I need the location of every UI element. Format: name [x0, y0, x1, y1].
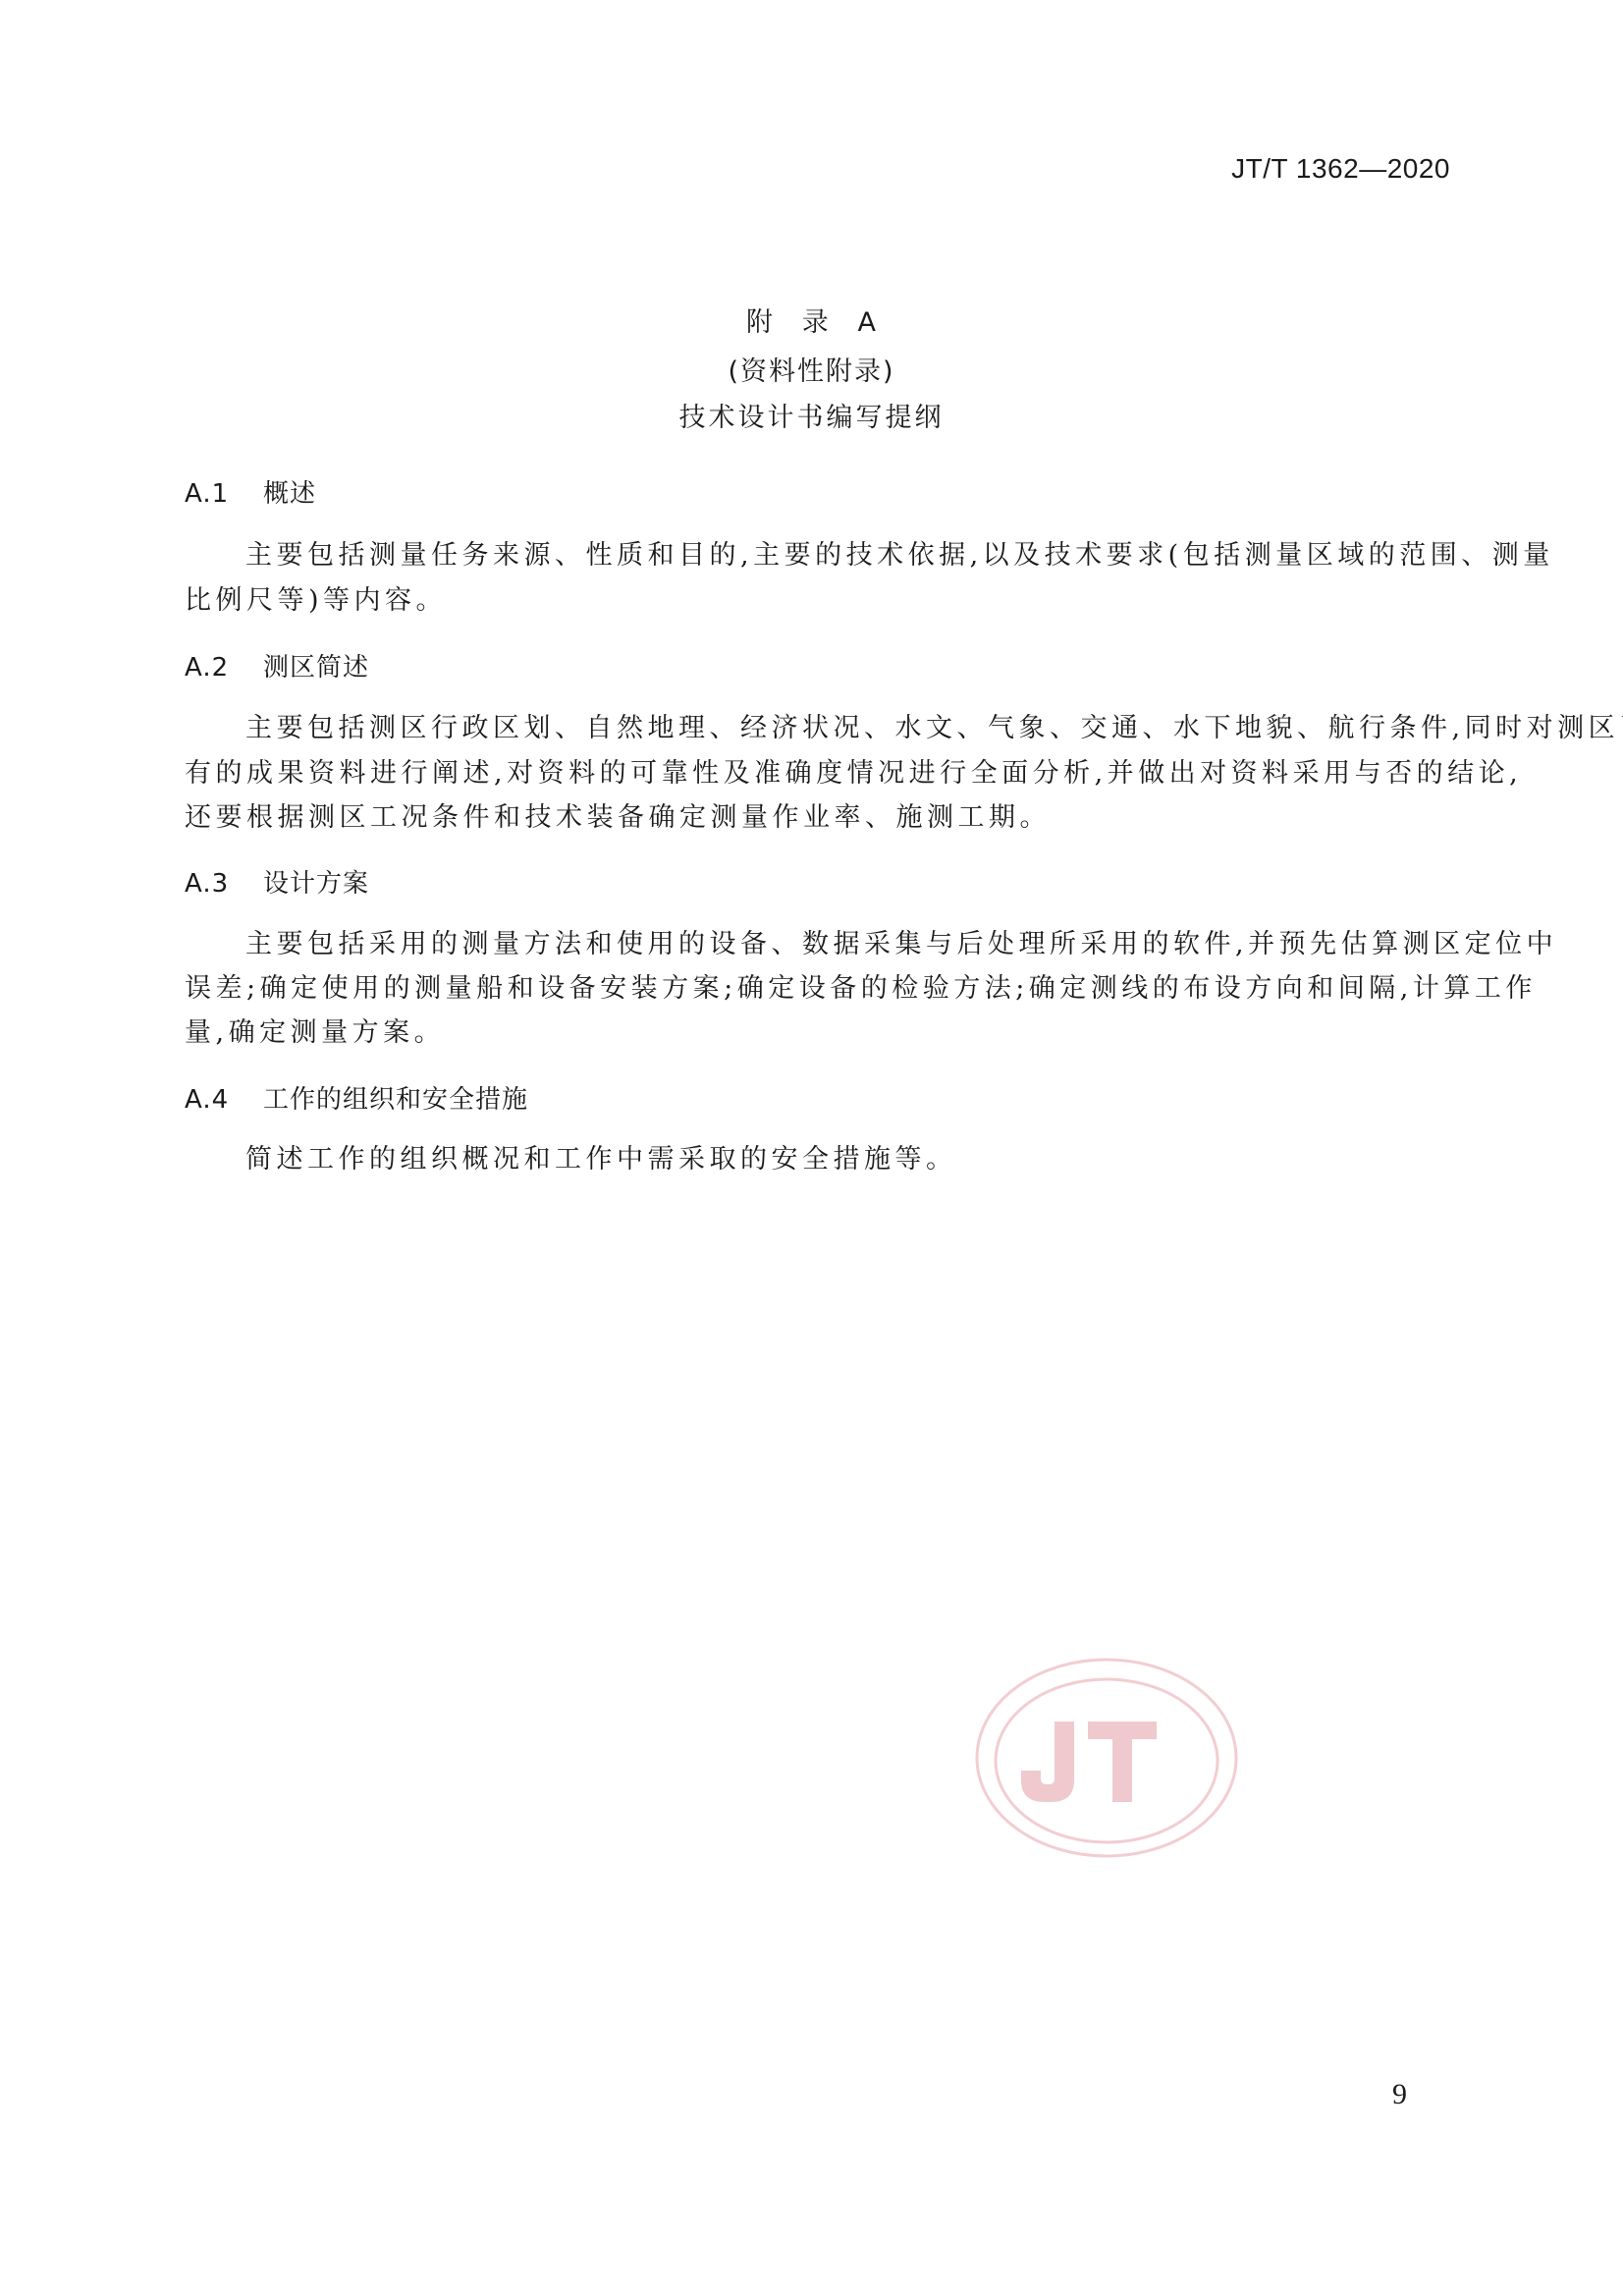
paragraph-line: 还要根据测区工况条件和技术装备确定测量作业率、施测工期。 — [185, 801, 1451, 835]
section-heading-a3: A.3设计方案 — [185, 863, 369, 900]
section-heading-a1: A.1概述 — [185, 473, 316, 510]
paragraph-line: 量,确定测量方案。 — [185, 1016, 1451, 1050]
section-number: A.2 — [185, 653, 263, 683]
section-title: 工作的组织和安全措施 — [263, 1085, 528, 1115]
section-number: A.3 — [185, 869, 263, 899]
jt-seal-icon — [972, 1655, 1242, 1861]
section-heading-a2: A.2测区简述 — [185, 647, 369, 683]
document-page: JT/T 1362—2020 附 录 A (资料性附录) 技术设计书编写提纲 A… — [0, 0, 1623, 2296]
appendix-type: (资料性附录) — [0, 350, 1623, 388]
section-title: 测区简述 — [263, 653, 369, 683]
appendix-name: 技术设计书编写提纲 — [0, 396, 1623, 434]
paragraph-line: 简述工作的组织概况和工作中需采取的安全措施等。 — [245, 1143, 1512, 1176]
standard-code: JT/T 1362—2020 — [1231, 153, 1450, 185]
section-number: A.4 — [185, 1085, 263, 1115]
paragraph-line: 比例尺等)等内容。 — [185, 584, 1451, 618]
page-number: 9 — [1392, 2078, 1407, 2111]
paragraph-line: 主要包括采用的测量方法和使用的设备、数据采集与后处理所采用的软件,并预先估算测区… — [245, 928, 1512, 961]
jt-watermark-logo — [972, 1655, 1242, 1861]
paragraph-line: 有的成果资料进行阐述,对资料的可靠性及准确度情况进行全面分析,并做出对资料采用与… — [185, 757, 1451, 791]
section-number: A.1 — [185, 479, 263, 509]
appendix-title: 附 录 A — [0, 301, 1623, 339]
section-title: 设计方案 — [263, 869, 369, 899]
section-heading-a4: A.4工作的组织和安全措施 — [185, 1079, 528, 1116]
section-title: 概述 — [263, 479, 316, 509]
paragraph-line: 主要包括测区行政区划、自然地理、经济状况、水文、气象、交通、水下地貌、航行条件,… — [245, 712, 1512, 745]
paragraph-line: 主要包括测量任务来源、性质和目的,主要的技术依据,以及技术要求(包括测量区域的范… — [245, 539, 1512, 573]
paragraph-line: 误差;确定使用的测量船和设备安装方案;确定设备的检验方法;确定测线的布设方向和间… — [185, 972, 1451, 1006]
